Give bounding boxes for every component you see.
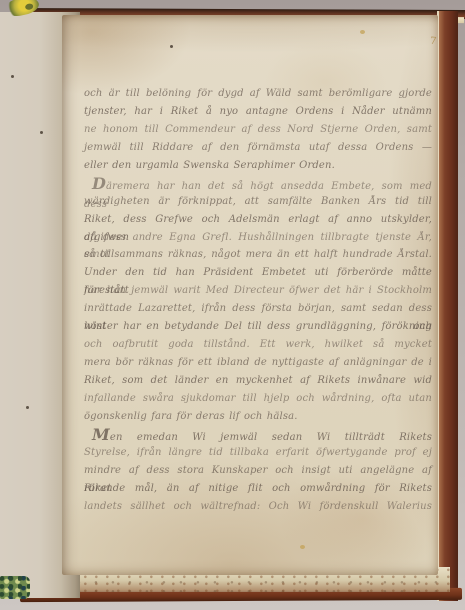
manuscript-line: inrättade Lazarettet, ifrån dess första … [84, 300, 432, 318]
marbled-edge-corner [0, 576, 30, 599]
foxing-spot [300, 545, 305, 549]
manuscript-line: mera bör räknas för ett ibland de nyttig… [84, 354, 432, 372]
manuscript-line: ögonskenlig fara för deras lif och hälsa… [84, 408, 432, 426]
ink-speck [170, 45, 173, 48]
manuscript-line: har han jemwäl warit Med Directeur öfwer… [84, 282, 432, 300]
manuscript-line: infallande swåra sjukdomar till hjelp oc… [84, 390, 432, 408]
manuscript-line: ne honom till Commendeur af dess Nord St… [84, 121, 432, 139]
manuscript-line: Styrelse, ifrån längre tid tillbaka erfa… [84, 444, 432, 462]
manuscript-line: så tillsammans räknas, något mera än ett… [84, 246, 432, 264]
manuscript-line: mindre af dess stora Kunskaper och insig… [84, 462, 432, 480]
ink-speck [40, 131, 43, 134]
manuscript-line: Riket, dess Grefwe och Adelsmän erlagt a… [84, 211, 432, 229]
page-number: 7 [429, 36, 436, 48]
scanned-book-photo: 7 och är till belöning för dygd af Wäld … [0, 0, 465, 610]
manuscript-line: då dess andre Egna Grefl. Hushållningen … [84, 229, 432, 247]
manuscript-line: och oafbrutit goda tillstånd. Ett werk, … [84, 336, 432, 354]
manuscript-line: Riket, som det länder en myckenhet af Ri… [84, 372, 432, 390]
manuscript-line: eller den urgamla Swenska Seraphimer Ord… [84, 157, 432, 175]
book-cover-right-edge [437, 11, 458, 601]
manuscript-line: och är till belöning för dygd af Wäld sa… [84, 85, 432, 103]
ink-speck [11, 75, 14, 78]
manuscript-line: rörande mål, än af nitige flit och omwår… [84, 480, 432, 498]
manuscript-line: wärdigheten är förknippat, att samfälte … [84, 193, 432, 211]
manuscript-line: Under den tid han Präsident Embetet uti … [84, 264, 432, 282]
manuscript-text: och är till belöning för dygd af Wäld sa… [84, 85, 432, 521]
manuscript-line: tjenster, har i Riket å nyo antagne Orde… [84, 103, 432, 121]
manuscript-line: jemwäl till Riddare af den förnämsta uta… [84, 139, 432, 157]
manuscript-line: winter har en betydande Del till dess gr… [84, 318, 432, 336]
ink-speck [26, 406, 29, 409]
foxing-spot [360, 30, 365, 34]
manuscript-line: Men emedan Wi jemwäl sedan Wi tillträdt … [84, 426, 432, 444]
manuscript-line: Däremera har han det så högt ansedda Emb… [84, 175, 432, 193]
manuscript-line: landets sällhet och wältrefnad: Och Wi f… [84, 498, 432, 516]
